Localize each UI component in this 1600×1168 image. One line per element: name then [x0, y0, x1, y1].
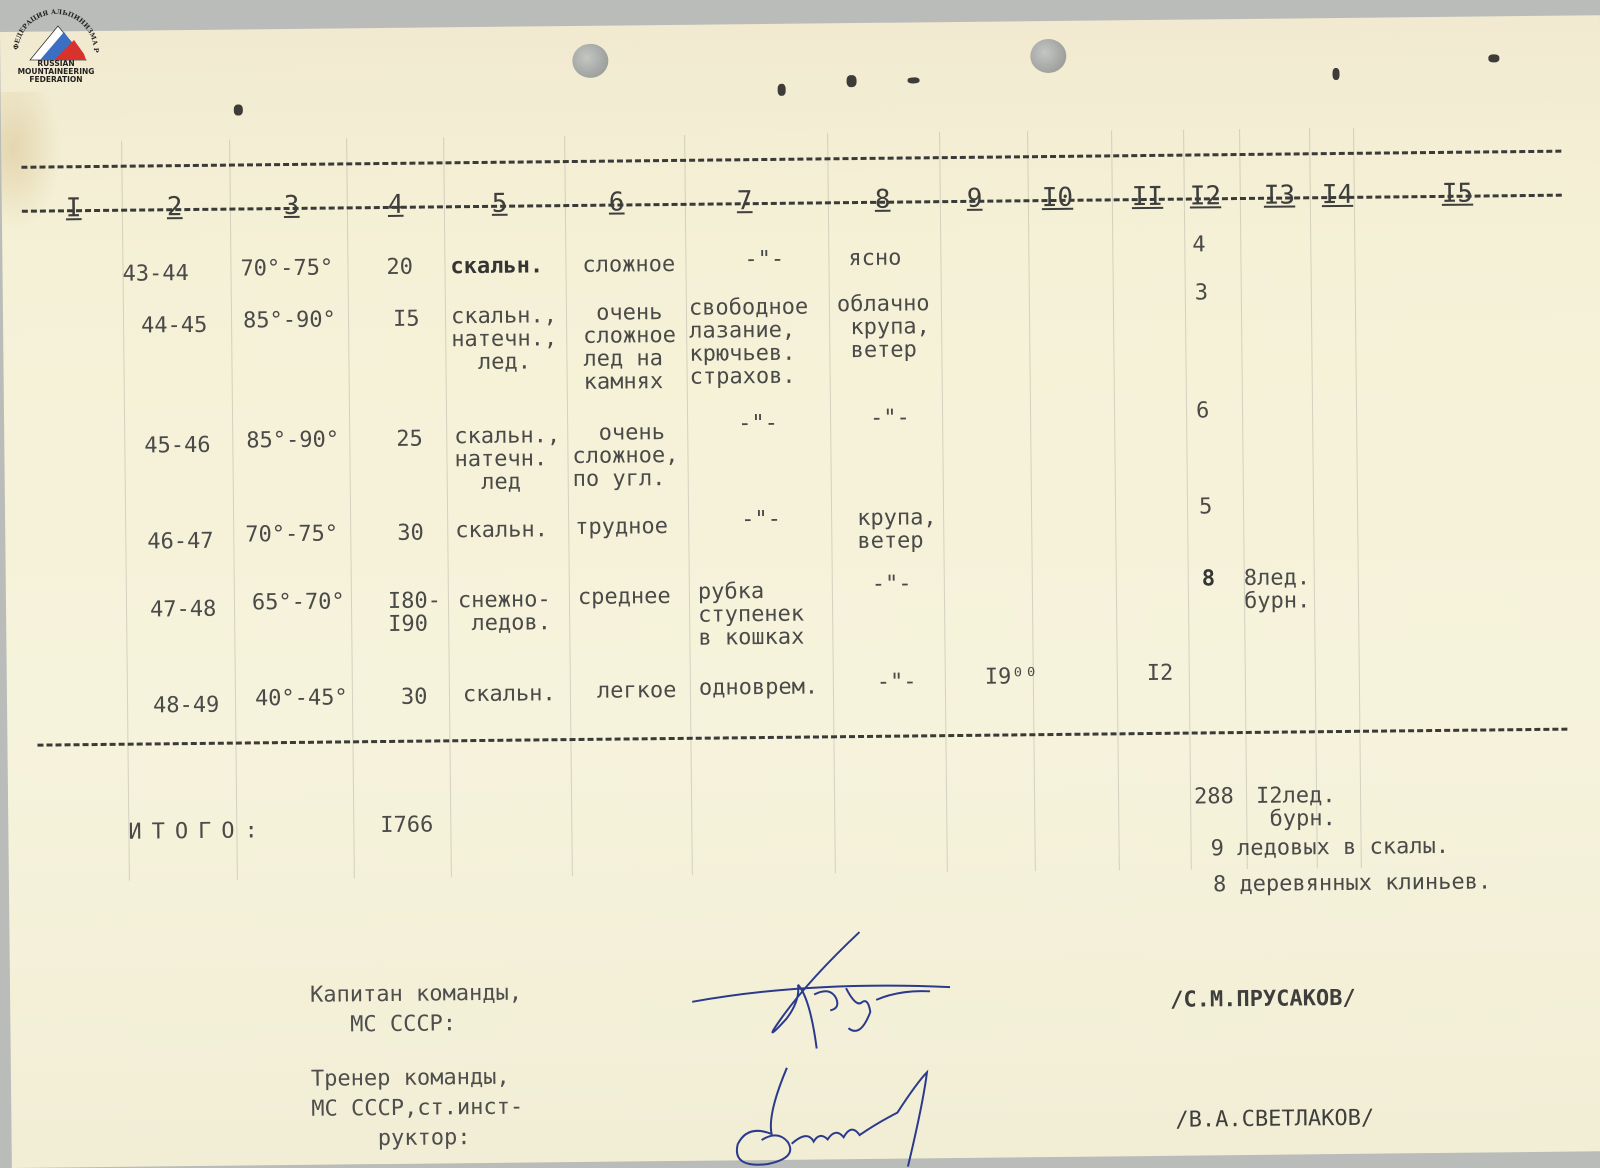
column-header: 8 [875, 185, 891, 215]
pitons-cell: 3 [1195, 281, 1208, 304]
hours-cell: I2 [1147, 662, 1174, 685]
header-top-rule [21, 150, 1561, 169]
column-header: 2 [167, 192, 183, 222]
length-cell: I80- I90 [388, 589, 441, 636]
steepness-cell: 40°-45° [255, 686, 348, 710]
totals-note-ice-pitons: 9 ледовых в скалы. [1211, 835, 1450, 860]
punch-hole [572, 44, 608, 78]
difficulty-cell: среднее [578, 585, 671, 609]
section-cell: 43-44 [122, 262, 188, 286]
coach-role: Тренер команды, МС СССР,ст.инст- руктор: [311, 1063, 524, 1155]
column-header: 6 [609, 187, 625, 217]
steepness-cell: 65°-70° [252, 590, 345, 614]
table-row: 44-45 85°-90° I5 скальн., натечн., лед. … [0, 15, 1600, 32]
ruling-line [1111, 130, 1120, 870]
signature-block: Капитан команды, МС СССР: /С.М.ПРУСАКОВ/… [0, 15, 1600, 32]
difficulty-cell: трудное [575, 515, 668, 539]
steepness-cell: 85°-90° [243, 309, 336, 333]
column-header: I5 [1442, 179, 1474, 209]
section-cell: 48-49 [153, 694, 219, 718]
technique-cell: -"- [744, 248, 784, 271]
paper-damage [234, 104, 243, 115]
difficulty-cell: сложное [582, 253, 675, 277]
table-row: 47-48 65°-70° I80- I90 снежно- ледов. ср… [0, 15, 1600, 32]
table-row: 46-47 70°-75° 30 скальн. трудное -"- кру… [0, 15, 1600, 32]
ruling-line [346, 138, 355, 878]
ruling-line [1309, 128, 1318, 868]
terrain-cell: скальн. [455, 518, 548, 542]
ruling-line [229, 140, 238, 880]
difficulty-cell: легкое [597, 679, 677, 703]
ruling-line [1183, 130, 1192, 870]
terrain-cell: скальн. [463, 682, 556, 706]
length-cell: I5 [393, 308, 420, 331]
column-header: 7 [737, 186, 753, 216]
pitons-cell: 5 [1199, 495, 1212, 518]
ruling-line [684, 135, 693, 875]
captain-role: Капитан команды, МС СССР: [310, 979, 523, 1041]
document-page: I 2 3 4 5 6 7 8 9 I0 II I2 I3 I4 I5 43-4… [0, 15, 1600, 1168]
logo-line-3: FEDERATION [10, 76, 102, 84]
punch-hole [1030, 39, 1066, 73]
section-cell: 47-48 [150, 598, 216, 622]
technique-cell: -"- [738, 412, 778, 435]
section-cell: 46-47 [147, 530, 213, 554]
technique-cell: свободное лазание, крючьев. страхов. [689, 296, 809, 389]
ruling-line [1027, 131, 1036, 871]
paper-damage [1488, 54, 1499, 62]
totals-ice-screws: I2лед. бурн. [1256, 784, 1336, 831]
difficulty-cell: очень сложное лед на камнях [583, 301, 677, 394]
column-header: 3 [284, 191, 300, 221]
coach-signature-icon [727, 1062, 948, 1168]
technique-cell: -"- [741, 508, 781, 531]
terrain-cell: скальн., натечн., лед. [451, 304, 558, 374]
totals-note-wooden-wedges: 8 деревянных клиньев. [1213, 870, 1491, 896]
weather-cell: -"- [870, 406, 910, 429]
captain-name: /С.М.ПРУСАКОВ/ [1170, 986, 1356, 1013]
paper-damage [846, 75, 856, 87]
weather-cell: -"- [877, 670, 917, 693]
terrain-cell: скальн. [450, 254, 543, 278]
paper-damage [1332, 68, 1339, 80]
terrain-cell: снежно- ледов. [458, 588, 551, 635]
length-cell: 30 [397, 522, 424, 545]
table-row: 43-44 70°-75° 20 скальн. сложное -"- ясн… [0, 15, 1600, 32]
weather-cell: крупа, ветер [857, 506, 937, 553]
difficulty-cell: очень сложное, по угл. [572, 421, 679, 491]
steepness-cell: 70°-75° [240, 257, 333, 281]
pitons-cell: 8 [1202, 567, 1215, 590]
coach-name: /В.А.СВЕТЛАКОВ/ [1175, 1106, 1374, 1133]
technique-cell: рубка ступенек в кошках [698, 580, 805, 650]
column-header: I2 [1190, 181, 1222, 211]
ruling-line [121, 141, 130, 881]
ruling-line [939, 132, 948, 872]
column-header: I0 [1042, 183, 1074, 213]
totals-row: ИТОГО: I766 288 I2лед. бурн. 9 ледовых в… [0, 15, 1600, 32]
weather-cell: ясно [848, 247, 901, 271]
paper-damage [778, 84, 786, 96]
length-cell: 25 [396, 428, 423, 451]
column-header: 5 [492, 189, 508, 219]
column-header: I3 [1264, 180, 1296, 210]
totals-length: I766 [380, 814, 433, 838]
table-bottom-rule [37, 728, 1567, 747]
column-header: I [66, 193, 82, 223]
column-header: 9 [967, 184, 983, 214]
section-cell: 44-45 [141, 314, 207, 338]
length-cell: 30 [401, 686, 428, 709]
ice-screws-cell: 8лед. бурн. [1244, 566, 1311, 613]
pitons-cell: 6 [1196, 399, 1209, 422]
paper-damage [908, 77, 920, 83]
ruling-line [1353, 128, 1362, 868]
section-cell: 45-46 [144, 434, 210, 458]
time-cell: I9⁰⁰ [985, 665, 1038, 689]
technique-cell: одноврем. [699, 675, 818, 699]
length-cell: 20 [386, 256, 413, 279]
column-header: I4 [1322, 180, 1354, 210]
steepness-cell: 85°-90° [246, 428, 339, 452]
ruling-line [1239, 129, 1248, 869]
federation-logo: ФЕДЕРАЦИЯ АЛЬПИНИЗМА РОССИИ RUSSIAN MOUN… [10, 8, 102, 88]
table-row: 48-49 40°-45° 30 скальн. легкое одноврем… [0, 15, 1600, 32]
ruling-line [443, 137, 452, 877]
table-row: 45-46 85°-90° 25 скальн., натечн. лед оч… [0, 15, 1600, 32]
totals-pitons: 288 [1194, 785, 1234, 808]
mountain-flag-icon: ФЕДЕРАЦИЯ АЛЬПИНИЗМА РОССИИ [10, 8, 102, 64]
ruling-line [564, 136, 573, 876]
ruling-line [827, 133, 836, 873]
pitons-cell: 4 [1192, 233, 1205, 256]
steepness-cell: 70°-75° [245, 522, 338, 546]
captain-signature-icon [689, 927, 970, 1060]
column-header: 4 [388, 190, 404, 220]
weather-cell: облачно крупа, ветер [837, 292, 930, 362]
weather-cell: -"- [872, 572, 912, 595]
column-header: II [1132, 182, 1164, 212]
totals-label: ИТОГО: [128, 819, 268, 843]
terrain-cell: скальн., натечн. лед [454, 424, 561, 494]
